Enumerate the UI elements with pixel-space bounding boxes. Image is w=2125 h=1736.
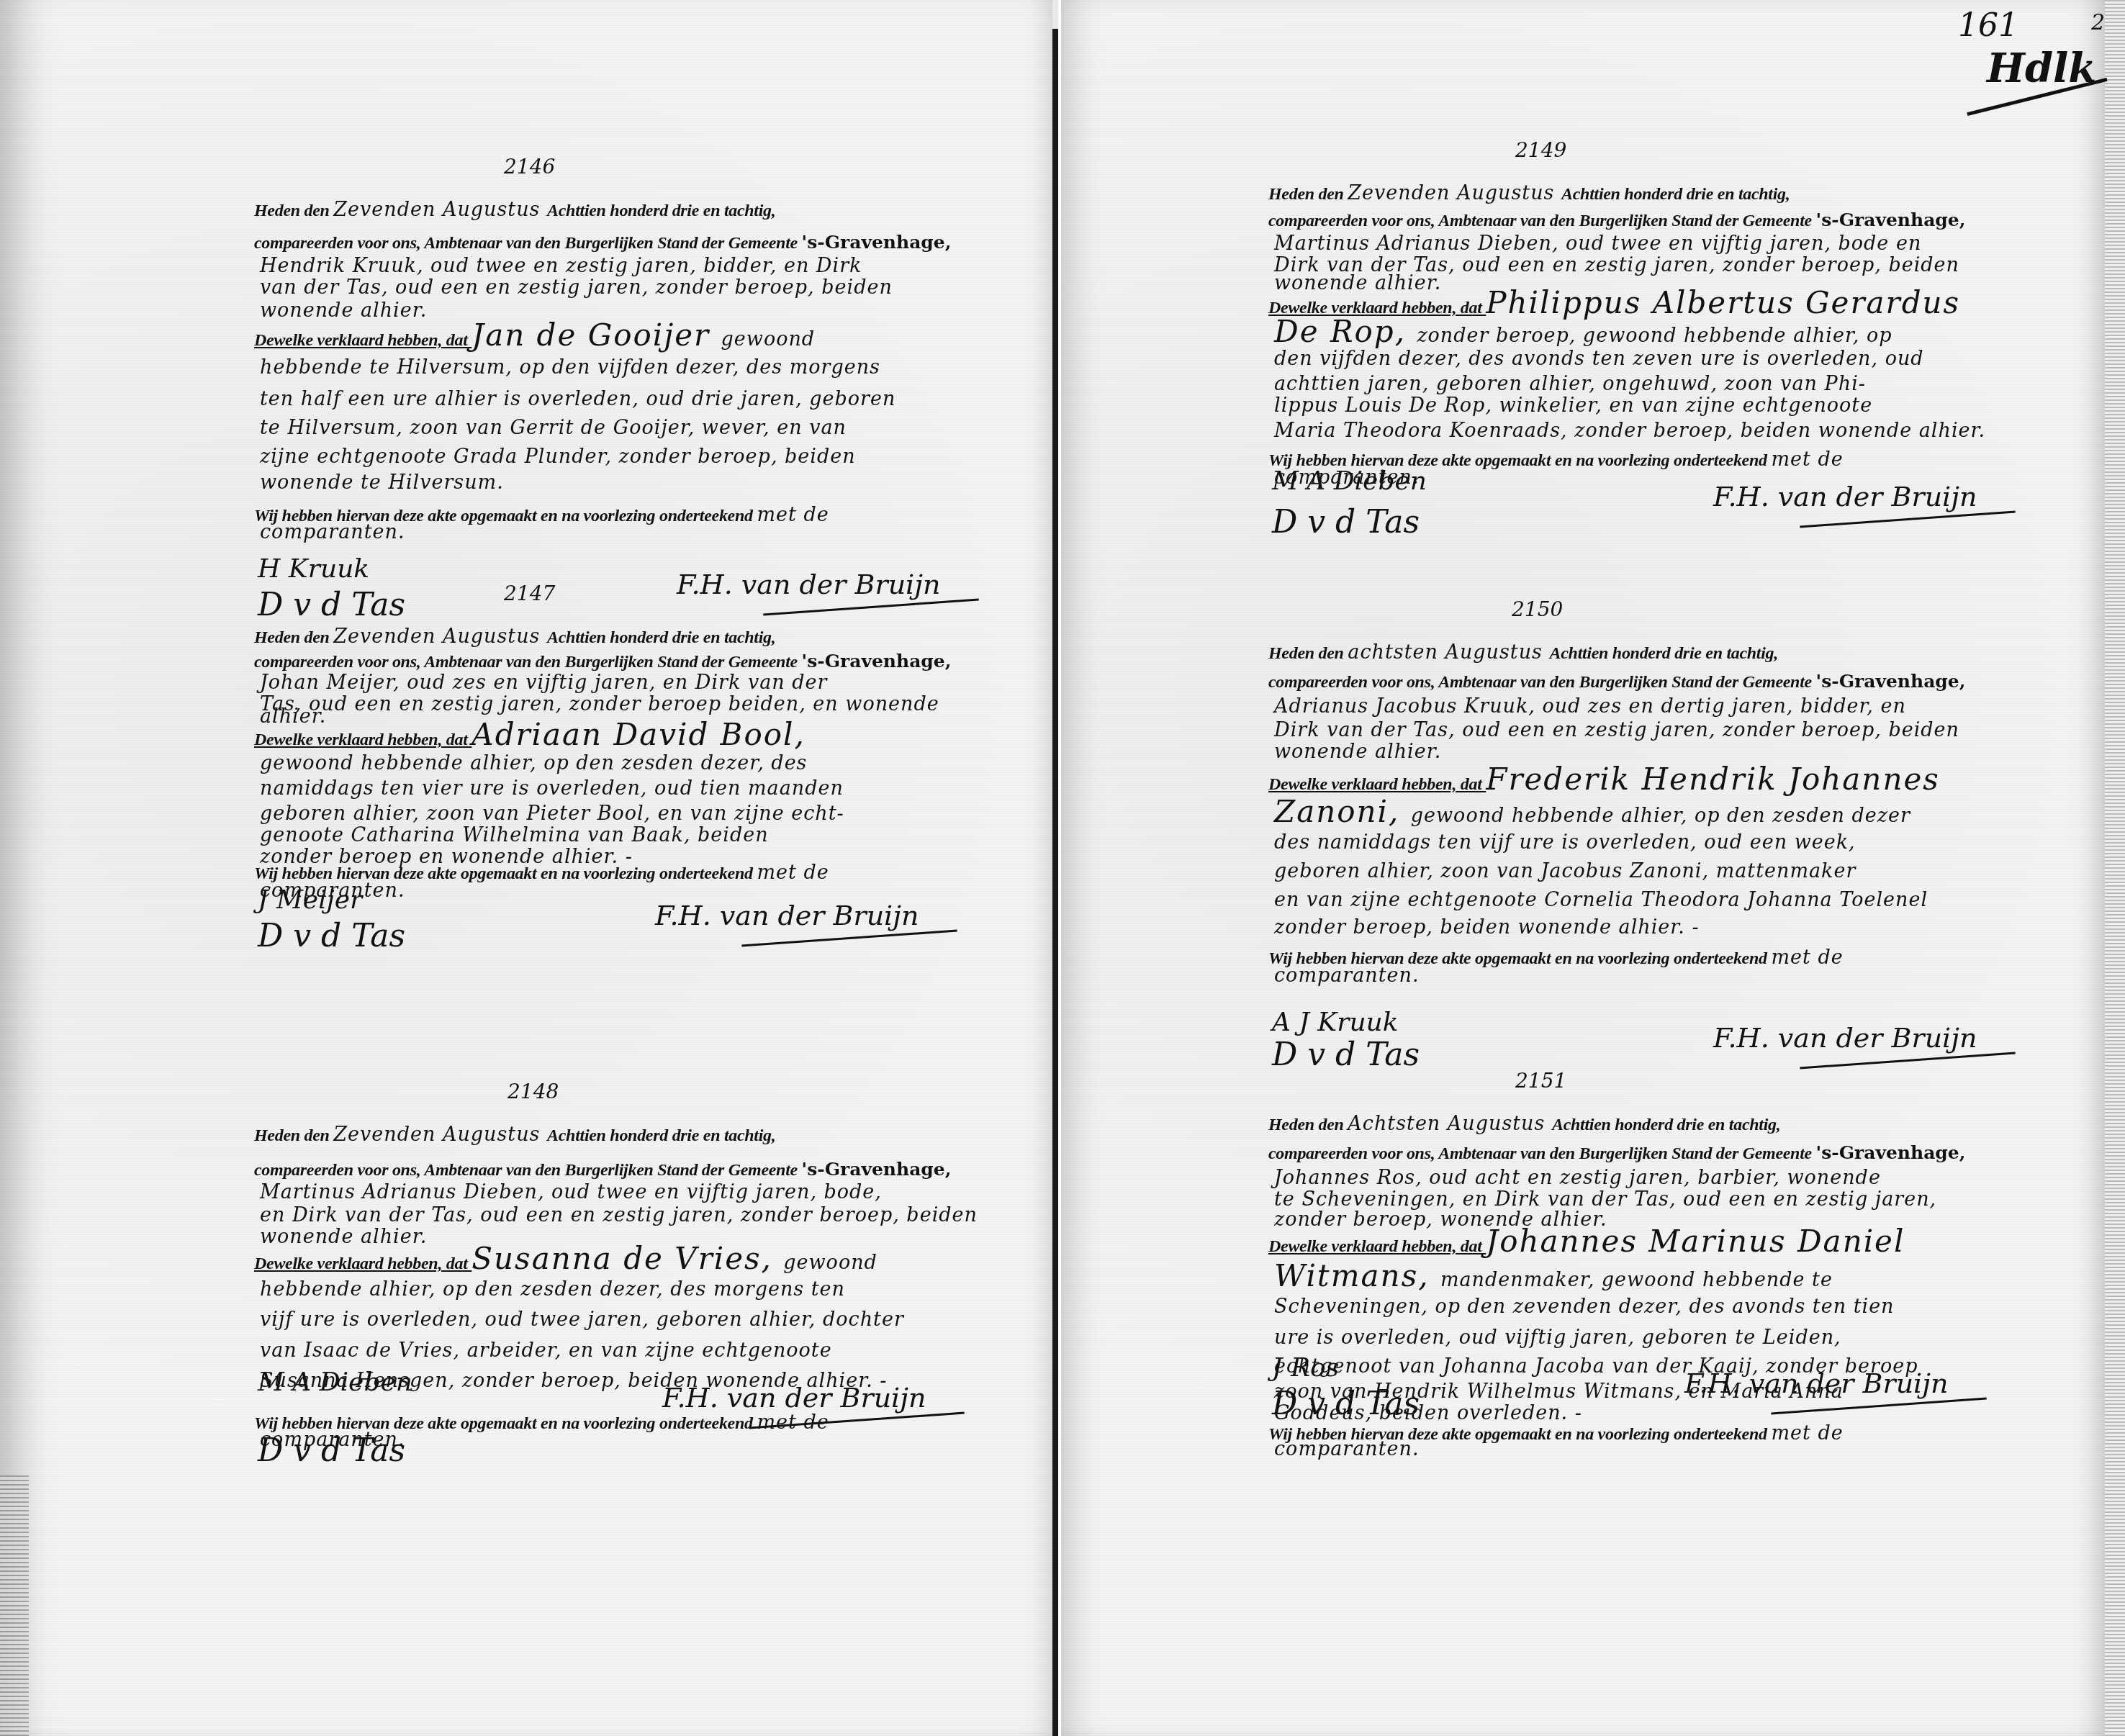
record-line: zijne echtgenoote Grada Plunder, zonder … <box>260 446 856 469</box>
official-signature: F.H. van der Bruijn <box>662 1382 926 1414</box>
printed-form-text: Achttien honderd drie en tachtig, <box>547 628 775 647</box>
printed-form-text: Heden den <box>1268 644 1348 663</box>
witness-signature: M A Dieben <box>1272 466 1427 496</box>
page-number: 161 <box>1958 7 2018 44</box>
page-gutter-gap <box>1058 0 1061 1736</box>
handwritten-text: des namiddags ten vijf ure is overleden,… <box>1274 831 1856 854</box>
handwritten-text: geboren alhier, zoon van Pieter Bool, en… <box>260 803 844 825</box>
left-page-edge <box>0 1475 29 1736</box>
record-line: comparanten. <box>1274 965 1420 987</box>
printed-form-text: compareerden voor ons, Ambtenaar van den… <box>254 234 802 253</box>
handwritten-text: comparanten. <box>260 521 405 543</box>
printed-municipality: 's-Gravenhage, <box>1816 209 1966 230</box>
witness-signature: D v d Tas <box>258 918 405 954</box>
handwritten-text: wonende alhier. <box>260 299 427 322</box>
record-line: vijf ure is overleden, oud twee jaren, g… <box>260 1309 904 1332</box>
printed-form-text: compareerden voor ons, Ambtenaar van den… <box>1268 1144 1816 1163</box>
record-line: lippus Louis De Rop, winkelier, en van z… <box>1274 395 1872 417</box>
handwritten-text: den vijfden dezer, des avonds ten zeven … <box>1274 348 1924 370</box>
record-line: Dewelke verklaard hebben, dat Frederik H… <box>1268 769 1940 795</box>
record-line: Heden den Zevenden Augustus Achttien hon… <box>254 1124 776 1147</box>
printed-form-text: Achttien honderd drie en tachtig, <box>1561 185 1790 204</box>
handwritten-text: achttien jaren, geboren alhier, ongehuwd… <box>1274 373 1866 395</box>
record-line: wonende alhier. <box>260 1226 427 1249</box>
official-signature: F.H. van der Bruijn <box>677 569 941 600</box>
handwritten-text: en Dirk van der Tas, oud een en zestig j… <box>260 1204 978 1226</box>
witness-signature: D v d Tas <box>1272 1036 1420 1073</box>
printed-form-text: Dewelke verklaard hebben, dat <box>1268 775 1486 794</box>
printed-form-text: Achttien honderd drie en tachtig, <box>1552 1116 1780 1134</box>
handwritten-text: gewoond <box>783 1252 877 1274</box>
witness-signature: M A Dieben <box>258 1367 412 1397</box>
handwritten-text: Tas, oud een en zestig jaren, zonder ber… <box>260 693 939 715</box>
record-line: Martinus Adrianus Dieben, oud twee en vi… <box>260 1182 882 1204</box>
handwritten-text: Johannes Ros, oud acht en zestig jaren, … <box>1274 1167 1881 1189</box>
record-line: en Dirk van der Tas, oud een en zestig j… <box>260 1205 978 1227</box>
printed-form-text: compareerden voor ons, Ambtenaar van den… <box>254 653 802 672</box>
handwritten-text: ure is overleden, oud vijftig jaren, geb… <box>1274 1326 1841 1349</box>
handwritten-text: genoote Catharina Wilhelmina van Baak, b… <box>260 824 769 846</box>
record-number: 2148 <box>507 1080 559 1103</box>
witness-signature: D v d Tas <box>1272 1385 1420 1422</box>
record-number: 2149 <box>1515 138 1566 162</box>
handwritten-text: geboren alhier, zoon van Jacobus Zanoni,… <box>1274 860 1856 882</box>
record-line: achttien jaren, geboren alhier, ongehuwd… <box>1274 374 1866 396</box>
right-page-edge <box>2105 0 2125 1736</box>
record-line: namiddags ten vier ure is overleden, oud… <box>260 778 844 800</box>
record-line: hebbende te Hilversum, op den vijfden de… <box>260 357 880 379</box>
printed-municipality: 's-Gravenhage, <box>802 232 952 253</box>
handwritten-text: lippus Louis De Rop, winkelier, en van z… <box>1274 394 1872 417</box>
deceased-name: Susanna de Vries, <box>472 1241 783 1276</box>
handwritten-text: Zevenden Augustus <box>333 1124 547 1146</box>
handwritten-text: van der Tas, oud een en zestig jaren, zo… <box>260 276 893 299</box>
record-line: den vijfden dezer, des avonds ten zeven … <box>1274 348 1924 371</box>
printed-form-text: Dewelke verklaard hebben, dat <box>1268 1237 1486 1256</box>
printed-form-text: Dewelke verklaard hebben, dat <box>254 331 472 350</box>
deceased-name: Frederik Hendrik Johannes <box>1486 761 1940 797</box>
printed-municipality: 's-Gravenhage, <box>802 1159 952 1180</box>
witness-signature: H Kruuk <box>258 554 369 584</box>
record-line: van Isaac de Vries, arbeider, en van zij… <box>260 1340 832 1362</box>
handwritten-text: achtsten Augustus <box>1348 641 1549 664</box>
record-line: De Rop, zonder beroep, gewoond hebbende … <box>1274 321 1892 348</box>
printed-form-text: Achttien honderd drie en tachtig, <box>1550 644 1778 663</box>
handwritten-text: comparanten. <box>1274 964 1420 987</box>
record-line: Tas, oud een en zestig jaren, zonder ber… <box>260 694 939 716</box>
record-line: zonder beroep, beiden wonende alhier. - <box>1274 917 1700 939</box>
record-line: Johannes Ros, oud acht en zestig jaren, … <box>1274 1167 1881 1190</box>
handwritten-text: Adrianus Jacobus Kruuk, oud zes en derti… <box>1274 695 1906 718</box>
printed-municipality: 's-Gravenhage, <box>1816 671 1966 692</box>
handwritten-text: Zevenden Augustus <box>333 199 547 221</box>
handwritten-text: met de <box>1771 448 1843 471</box>
handwritten-text: Martinus Adrianus Dieben, oud twee en vi… <box>260 1181 882 1203</box>
record-line: genoote Catharina Wilhelmina van Baak, b… <box>260 825 769 847</box>
record-line: Heden den Achtsten Augustus Achttien hon… <box>1268 1113 1780 1136</box>
handwritten-text: zonder beroep, gewoond hebbende alhier, … <box>1417 325 1892 347</box>
record-line: Zanoni, gewoond hebbende alhier, op den … <box>1274 801 1910 828</box>
printed-form-text: Heden den <box>254 1126 333 1145</box>
record-line: Martinus Adrianus Dieben, oud twee en vi… <box>1274 233 1921 256</box>
handwritten-text: Zevenden Augustus <box>333 625 547 648</box>
printed-form-text: compareerden voor ons, Ambtenaar van den… <box>254 1161 802 1180</box>
page-gutter <box>1052 29 1058 1736</box>
handwritten-text: wonende te Hilversum. <box>260 471 504 494</box>
record-line: compareerden voor ons, Ambtenaar van den… <box>254 1159 951 1181</box>
deceased-name: Zanoni, <box>1274 794 1411 829</box>
handwritten-text: Zevenden Augustus <box>1348 182 1561 204</box>
record-line: Heden den Zevenden Augustus Achttien hon… <box>1268 183 1790 205</box>
handwritten-text: mandenmaker, gewoond hebbende te <box>1440 1269 1833 1291</box>
handwritten-text: wonende alhier. <box>1274 272 1441 294</box>
deceased-name: Johannes Marinus Daniel <box>1486 1224 1905 1259</box>
record-line: Adrianus Jacobus Kruuk, oud zes en derti… <box>1274 696 1906 718</box>
handwritten-text: wonende alhier. <box>1274 741 1441 763</box>
printed-form-text: compareerden voor ons, Ambtenaar van den… <box>1268 212 1816 230</box>
handwritten-text: met de <box>757 504 829 526</box>
page-marker: 2 <box>2091 10 2105 35</box>
record-line: des namiddags ten vijf ure is overleden,… <box>1274 832 1856 854</box>
witness-signature: J Ros <box>1272 1353 1339 1383</box>
record-line: comparanten. <box>1274 1439 1420 1461</box>
record-line: wonende alhier. <box>260 300 427 322</box>
record-line: Heden den Zevenden Augustus Achttien hon… <box>254 199 776 222</box>
handwritten-text: Hendrik Kruuk, oud twee en zestig jaren,… <box>260 255 862 277</box>
printed-form-text: Achttien honderd drie en tachtig, <box>547 202 775 220</box>
record-number: 2150 <box>1512 597 1563 621</box>
handwritten-text: namiddags ten vier ure is overleden, oud… <box>260 777 844 800</box>
handwritten-text: Scheveningen, op den zevenden dezer, des… <box>1274 1296 1895 1318</box>
witness-signature: D v d Tas <box>1272 504 1420 541</box>
record-line: hebbende alhier, op den zesden dezer, de… <box>260 1279 845 1301</box>
record-line: te Hilversum, zoon van Gerrit de Gooijer… <box>260 417 847 440</box>
official-signature: F.H. van der Bruijn <box>655 900 919 931</box>
handwritten-text: zijne echtgenoote Grada Plunder, zonder … <box>260 446 856 468</box>
deceased-name: Jan de Gooijer <box>472 317 721 353</box>
handwritten-text: hebbende alhier, op den zesden dezer, de… <box>260 1278 845 1301</box>
handwritten-text: gewoond hebbende alhier, op den zesden d… <box>260 752 807 774</box>
record-line: wonende alhier. <box>1274 741 1441 764</box>
witness-signature: D v d Tas <box>258 1432 405 1469</box>
record-line: wonende te Hilversum. <box>260 472 504 494</box>
handwritten-text: met de <box>1771 1422 1843 1445</box>
record-line: Scheveningen, op den zevenden dezer, des… <box>1274 1296 1895 1319</box>
handwritten-text: Dirk van der Tas, oud een en zestig jare… <box>1274 719 1959 741</box>
handwritten-text: gewoond hebbende alhier, op den zesden d… <box>1411 805 1910 827</box>
printed-form-text: Heden den <box>1268 1116 1348 1134</box>
witness-signature: D v d Tas <box>258 587 405 623</box>
handwritten-text: met de <box>1771 946 1843 969</box>
handwritten-text: vijf ure is overleden, oud twee jaren, g… <box>260 1308 904 1331</box>
handwritten-text: wonende alhier. <box>260 1226 427 1248</box>
record-line: Hendrik Kruuk, oud twee en zestig jaren,… <box>260 256 862 278</box>
record-line: Heden den Zevenden Augustus Achttien hon… <box>254 626 776 648</box>
record-number: 2146 <box>504 155 555 178</box>
record-line: van der Tas, oud een en zestig jaren, zo… <box>260 277 893 299</box>
record-line: geboren alhier, zoon van Pieter Bool, en… <box>260 803 844 826</box>
printed-form-text: Achttien honderd drie en tachtig, <box>547 1126 775 1145</box>
printed-form-text: compareerden voor ons, Ambtenaar van den… <box>1268 673 1816 692</box>
deceased-name: Adriaan David Bool, <box>472 717 806 752</box>
record-line: geboren alhier, zoon van Jacobus Zanoni,… <box>1274 861 1856 883</box>
printed-form-text: Heden den <box>254 628 333 647</box>
printed-form-text: Dewelke verklaard hebben, dat <box>254 1254 472 1273</box>
record-line: ten half een ure alhier is overleden, ou… <box>260 389 895 411</box>
printed-municipality: 's-Gravenhage, <box>802 651 952 672</box>
handwritten-text: Maria Theodora Koenraads, zonder beroep,… <box>1274 420 1985 442</box>
record-number: 2151 <box>1515 1069 1566 1093</box>
printed-form-text: Dewelke verklaard hebben, dat <box>254 731 472 749</box>
official-signature: F.H. van der Bruijn <box>1684 1367 1949 1399</box>
record-line: ure is overleden, oud vijftig jaren, geb… <box>1274 1327 1841 1350</box>
record-line: Dewelke verklaard hebben, dat Adriaan Da… <box>254 724 806 751</box>
record-line: Dewelke verklaard hebben, dat Jan de Goo… <box>254 325 815 351</box>
record-line: Johan Meijer, oud zes en vijftig jaren, … <box>260 672 827 695</box>
handwritten-text: Martinus Adrianus Dieben, oud twee en vi… <box>1274 232 1921 255</box>
record-line: Dirk van der Tas, oud een en zestig jare… <box>1274 720 1959 742</box>
record-line: Dewelke verklaard hebben, dat Johannes M… <box>1268 1231 1905 1257</box>
deceased-name: De Rop, <box>1274 314 1417 349</box>
witness-signature: A J Kruuk <box>1272 1008 1399 1037</box>
official-paraph-stamp: Hdlk <box>1987 45 2096 92</box>
handwritten-text: comparanten. <box>1274 1438 1420 1460</box>
deceased-name: Witmans, <box>1274 1258 1440 1293</box>
record-line: Maria Theodora Koenraads, zonder beroep,… <box>1274 420 1985 443</box>
printed-municipality: 's-Gravenhage, <box>1816 1142 1966 1163</box>
record-line: compareerden voor ons, Ambtenaar van den… <box>1268 1142 1965 1165</box>
handwritten-text: zonder beroep, beiden wonende alhier. - <box>1274 916 1700 939</box>
record-line: compareerden voor ons, Ambtenaar van den… <box>1268 671 1965 693</box>
record-line: Heden den achtsten Augustus Achttien hon… <box>1268 642 1778 664</box>
handwritten-text: en van zijne echtgenoote Cornelia Theodo… <box>1274 889 1928 911</box>
record-line: Witmans, mandenmaker, gewoond hebbende t… <box>1274 1265 1833 1292</box>
record-line: en van zijne echtgenoote Cornelia Theodo… <box>1274 890 1928 912</box>
handwritten-text: ten half een ure alhier is overleden, ou… <box>260 388 895 410</box>
official-signature: F.H. van der Bruijn <box>1713 481 1977 512</box>
handwritten-text: gewoond <box>721 328 816 351</box>
deceased-name: Philippus Albertus Gerardus <box>1486 285 1960 320</box>
record-number: 2147 <box>504 582 555 605</box>
handwritten-text: te Scheveningen, en Dirk van der Tas, ou… <box>1274 1188 1936 1211</box>
handwritten-text: van Isaac de Vries, arbeider, en van zij… <box>260 1339 832 1362</box>
witness-signature: J Meijer <box>258 885 362 915</box>
record-line: compareerden voor ons, Ambtenaar van den… <box>254 232 951 254</box>
handwritten-text: te Hilversum, zoon van Gerrit de Gooijer… <box>260 417 847 439</box>
record-line: Dewelke verklaard hebben, dat Susanna de… <box>254 1248 877 1275</box>
handwritten-text: Achtsten Augustus <box>1348 1113 1552 1135</box>
handwritten-text: met de <box>757 862 829 884</box>
printed-form-text: Heden den <box>254 202 333 220</box>
official-signature: F.H. van der Bruijn <box>1713 1022 1977 1054</box>
handwritten-text: hebbende te Hilversum, op den vijfden de… <box>260 356 880 379</box>
record-line: comparanten. <box>260 522 405 544</box>
record-line: compareerden voor ons, Ambtenaar van den… <box>1268 209 1965 232</box>
record-line: gewoond hebbende alhier, op den zesden d… <box>260 753 807 775</box>
printed-form-text: Heden den <box>1268 185 1348 204</box>
record-line: compareerden voor ons, Ambtenaar van den… <box>254 651 951 673</box>
handwritten-text: Johan Meijer, oud zes en vijftig jaren, … <box>260 672 827 694</box>
